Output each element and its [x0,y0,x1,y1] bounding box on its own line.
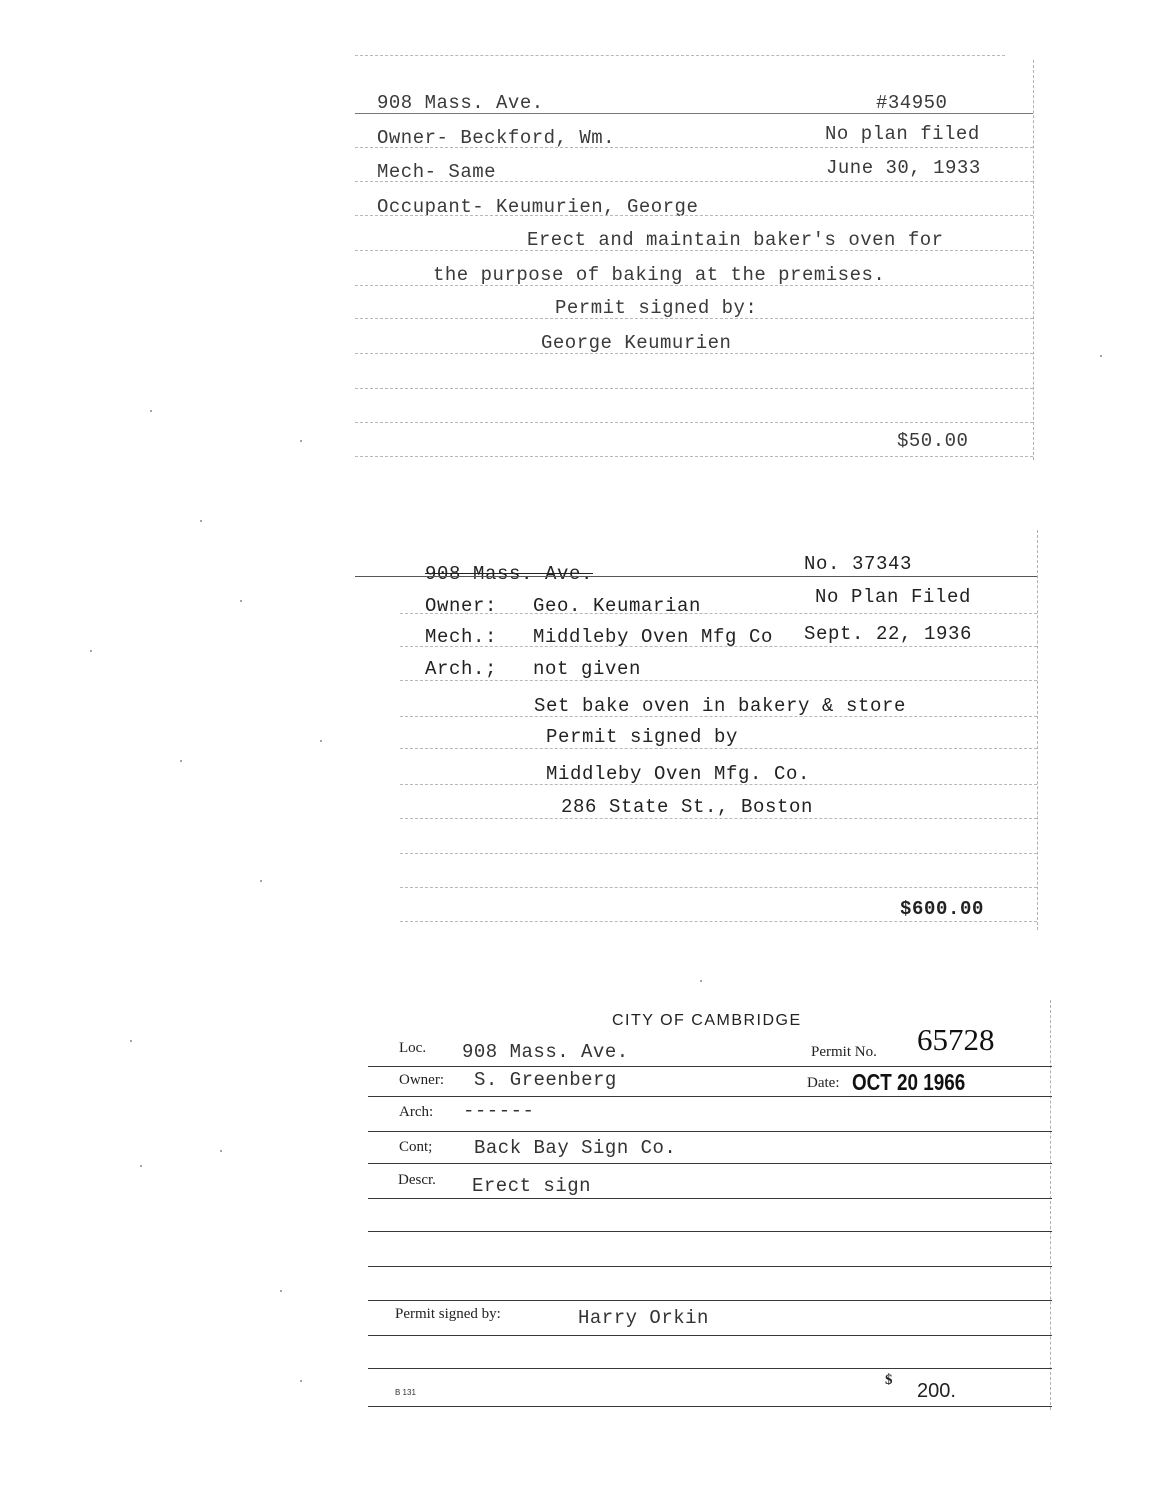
rule [355,318,1033,319]
rule [368,1335,1052,1336]
rule [400,784,1037,785]
permit-number: #34950 [876,92,947,114]
rule [368,1368,1052,1369]
rule [400,887,1037,888]
rule [400,921,1037,922]
rule [400,748,1037,749]
arch-label: Arch: [399,1104,433,1121]
rule [400,716,1037,717]
date: June 30, 1933 [826,157,981,179]
rule [368,1266,1052,1267]
rule [355,285,1033,286]
plan-status: No plan filed [825,123,980,145]
location: 908 Mass. Ave. [462,1041,629,1063]
card-top-rule [355,55,1005,56]
fee: $600.00 [900,898,984,920]
description: Set bake oven in bakery & store [534,695,906,717]
rule [400,680,1037,681]
mech: Middleby Oven Mfg Co [533,626,773,648]
permit-no-label: Permit No. [811,1044,877,1061]
arch: not given [533,658,641,680]
signed-by: Middleby Oven Mfg. Co. [546,763,810,785]
signer-address: 286 State St., Boston [561,796,813,818]
city-header: CITY OF CAMBRIDGE [612,1012,802,1030]
permit-number: No. 37343 [804,553,912,575]
signed-label: Permit signed by: [555,297,757,319]
loc-label: Loc. [399,1040,426,1057]
date: Sept. 22, 1936 [804,623,972,645]
date-stamp: OCT 20 1966 [852,1069,965,1096]
address: 908 Mass. Ave. [425,563,593,585]
owner: Owner- Beckford, Wm. [377,127,615,149]
rule [355,147,1033,148]
rule [368,1131,1052,1132]
contractor: Back Bay Sign Co. [474,1137,676,1159]
cont-label: Cont; [399,1139,432,1156]
rule [400,646,1037,647]
rule [355,113,1033,114]
rule [368,1198,1052,1199]
owner-label: Owner: [399,1072,444,1089]
description-line-2: the purpose of baking at the premises. [433,264,885,286]
description: Erect sign [472,1175,591,1197]
rule [368,1406,1052,1407]
signed-label: Permit signed by: [395,1306,501,1323]
arch: ------ [463,1100,534,1122]
rule [368,1231,1052,1232]
rule [355,181,1033,182]
rule [368,1300,1052,1301]
rule [355,250,1033,251]
rule [368,1066,1052,1067]
form-code: B 131 [395,1388,416,1397]
rule [355,456,1033,457]
arch-label: Arch.; [425,658,497,680]
plan-status: No Plan Filed [815,586,971,608]
signed-by: George Keumurien [541,332,731,354]
card-right-edge [1033,60,1034,460]
rule [368,1096,1052,1097]
rule [355,353,1033,354]
mech: Mech- Same [377,161,496,183]
rule [400,613,1037,614]
rule [368,1163,1052,1164]
rule [400,853,1037,854]
description-line-1: Erect and maintain baker's oven for [527,229,944,251]
signed-by: Harry Orkin [578,1307,709,1329]
rule [355,576,1037,577]
rule [355,215,1033,216]
fee: $50.00 [897,430,968,452]
date-label: Date: [807,1075,839,1092]
rule [355,422,1033,423]
signed-label: Permit signed by [546,726,738,748]
fee-symbol: $ [885,1372,893,1389]
permit-number: 65728 [917,1022,995,1058]
rule [400,818,1037,819]
fee: 200. [917,1380,956,1403]
address: 908 Mass. Ave. [377,92,544,114]
descr-label: Descr. [398,1172,436,1189]
owner: S. Greenberg [474,1069,617,1091]
card-right-edge [1037,530,1038,930]
mech-label: Mech.: [425,626,497,648]
rule [355,388,1033,389]
card-right-edge [1050,1000,1051,1410]
